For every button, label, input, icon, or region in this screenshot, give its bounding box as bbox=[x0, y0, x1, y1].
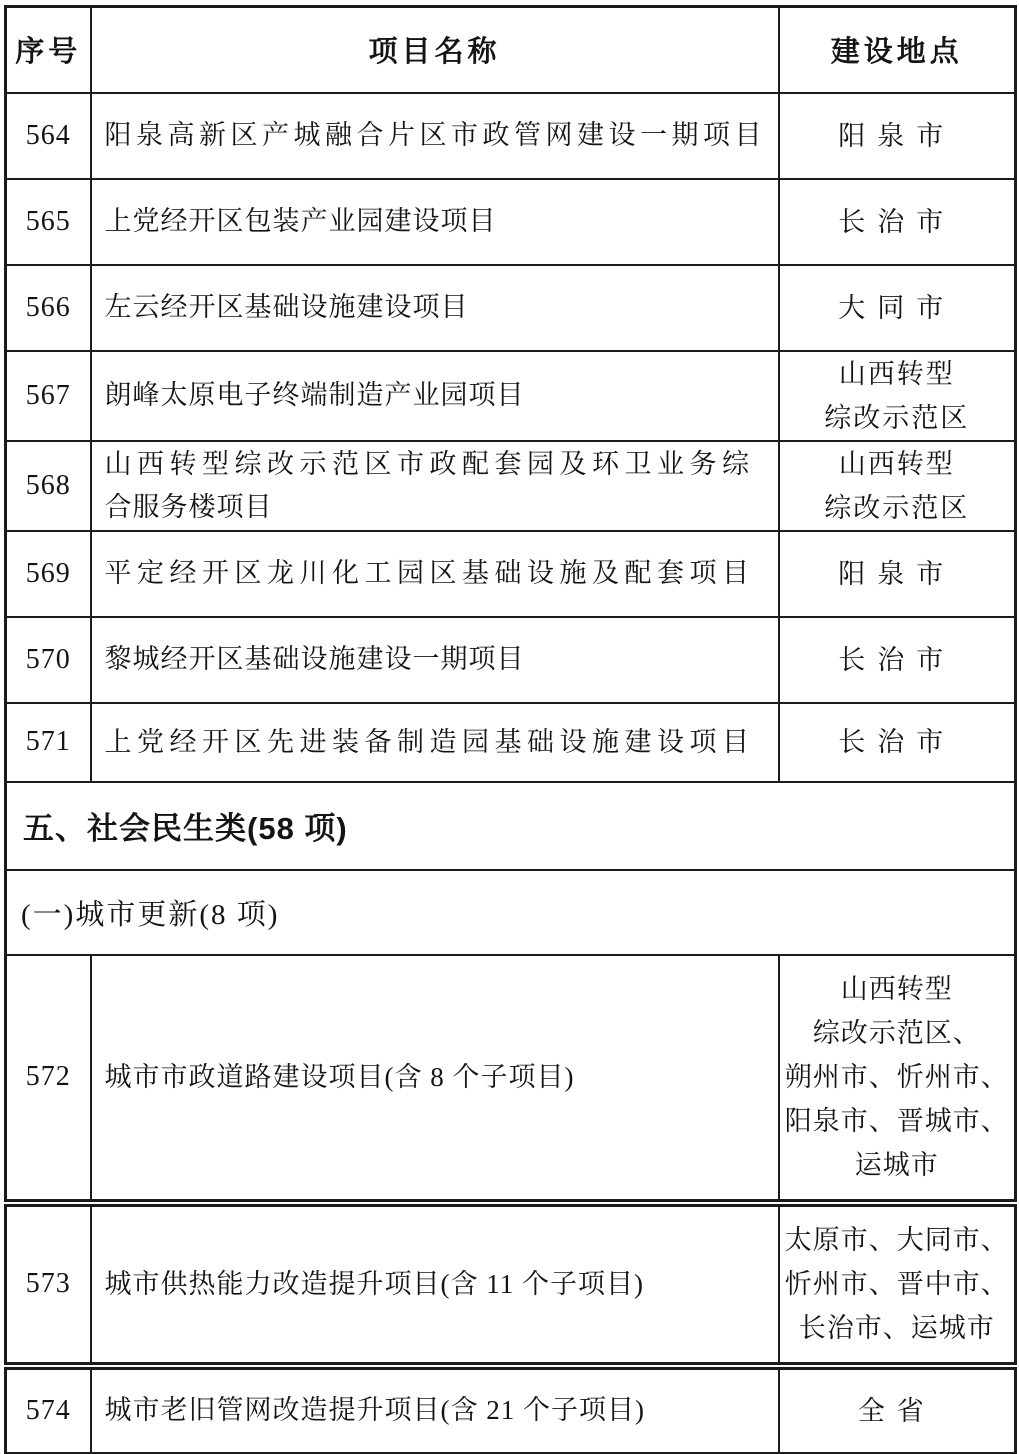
project-name-cell: 城市市政道路建设项目(含 8 个子项目) bbox=[91, 955, 779, 1203]
location-cell: 山西转型 综改示范区 bbox=[779, 351, 1016, 441]
serial-cell: 571 bbox=[6, 703, 91, 782]
column-header-serial: 序号 bbox=[6, 7, 91, 93]
location-cell: 大同市 bbox=[779, 265, 1016, 351]
serial-cell: 574 bbox=[6, 1366, 91, 1454]
serial-cell: 569 bbox=[6, 531, 91, 617]
project-name-cell: 上党经开区包装产业园建设项目 bbox=[91, 179, 779, 265]
section-category-title: 五、社会民生类(58 项) bbox=[6, 782, 1016, 870]
serial-cell: 572 bbox=[6, 955, 91, 1203]
serial-cell: 570 bbox=[6, 617, 91, 703]
serial-cell: 565 bbox=[6, 179, 91, 265]
table-row: 567 朗峰太原电子终端制造产业园项目 山西转型 综改示范区 bbox=[6, 351, 1016, 441]
table-row: 569 平定经开区龙川化工园区基础设施及配套项目 阳泉市 bbox=[6, 531, 1016, 617]
column-header-project-name: 项目名称 bbox=[91, 7, 779, 93]
project-name-cell: 山西转型综改示范区市政配套园及环卫业务综 合服务楼项目 bbox=[91, 441, 779, 531]
table-row: 566 左云经开区基础设施建设项目 大同市 bbox=[6, 265, 1016, 351]
table-row: 564 阳泉高新区产城融合片区市政管网建设一期项目 阳泉市 bbox=[6, 93, 1016, 179]
location-cell: 阳泉市 bbox=[779, 531, 1016, 617]
table-header-row: 序号 项目名称 建设地点 bbox=[6, 7, 1016, 93]
subsection-header-row: (一)城市更新(8 项) bbox=[6, 870, 1016, 955]
table-row: 573 城市供热能力改造提升项目(含 11 个子项目) 太原市、大同市、 忻州市… bbox=[6, 1203, 1016, 1366]
location-cell: 山西转型 综改示范区 bbox=[779, 441, 1016, 531]
table-row: 574 城市老旧管网改造提升项目(含 21 个子项目) 全省 bbox=[6, 1366, 1016, 1454]
table-row: 565 上党经开区包装产业园建设项目 长治市 bbox=[6, 179, 1016, 265]
project-name-cell: 上党经开区先进装备制造园基础设施建设项目 bbox=[91, 703, 779, 782]
serial-cell: 567 bbox=[6, 351, 91, 441]
location-cell: 长治市 bbox=[779, 703, 1016, 782]
table-row: 570 黎城经开区基础设施建设一期项目 长治市 bbox=[6, 617, 1016, 703]
serial-cell: 568 bbox=[6, 441, 91, 531]
project-name-cell: 左云经开区基础设施建设项目 bbox=[91, 265, 779, 351]
project-list-table: 序号 项目名称 建设地点 564 阳泉高新区产城融合片区市政管网建设一期项目 阳… bbox=[4, 5, 1017, 1454]
location-cell: 长治市 bbox=[779, 179, 1016, 265]
project-name-cell: 黎城经开区基础设施建设一期项目 bbox=[91, 617, 779, 703]
project-name-cell: 城市供热能力改造提升项目(含 11 个子项目) bbox=[91, 1203, 779, 1366]
project-name-cell: 平定经开区龙川化工园区基础设施及配套项目 bbox=[91, 531, 779, 617]
serial-cell: 564 bbox=[6, 93, 91, 179]
location-cell: 阳泉市 bbox=[779, 93, 1016, 179]
column-header-location: 建设地点 bbox=[779, 7, 1016, 93]
location-cell: 太原市、大同市、 忻州市、晋中市、 长治市、运城市 bbox=[779, 1203, 1016, 1366]
location-cell: 长治市 bbox=[779, 617, 1016, 703]
table-row: 568 山西转型综改示范区市政配套园及环卫业务综 合服务楼项目 山西转型 综改示… bbox=[6, 441, 1016, 531]
table-row: 572 城市市政道路建设项目(含 8 个子项目) 山西转型 综改示范区、 朔州市… bbox=[6, 955, 1016, 1203]
section-header-row: 五、社会民生类(58 项) bbox=[6, 782, 1016, 870]
location-cell: 全省 bbox=[779, 1366, 1016, 1454]
project-name-cell: 城市老旧管网改造提升项目(含 21 个子项目) bbox=[91, 1366, 779, 1454]
project-name-cell: 阳泉高新区产城融合片区市政管网建设一期项目 bbox=[91, 93, 779, 179]
location-cell: 山西转型 综改示范区、 朔州市、忻州市、 阳泉市、晋城市、 运城市 bbox=[779, 955, 1016, 1203]
document-page: 序号 项目名称 建设地点 564 阳泉高新区产城融合片区市政管网建设一期项目 阳… bbox=[0, 0, 1019, 1454]
serial-cell: 573 bbox=[6, 1203, 91, 1366]
section-subcategory-title: (一)城市更新(8 项) bbox=[6, 870, 1016, 955]
table-row: 571 上党经开区先进装备制造园基础设施建设项目 长治市 bbox=[6, 703, 1016, 782]
serial-cell: 566 bbox=[6, 265, 91, 351]
project-name-cell: 朗峰太原电子终端制造产业园项目 bbox=[91, 351, 779, 441]
